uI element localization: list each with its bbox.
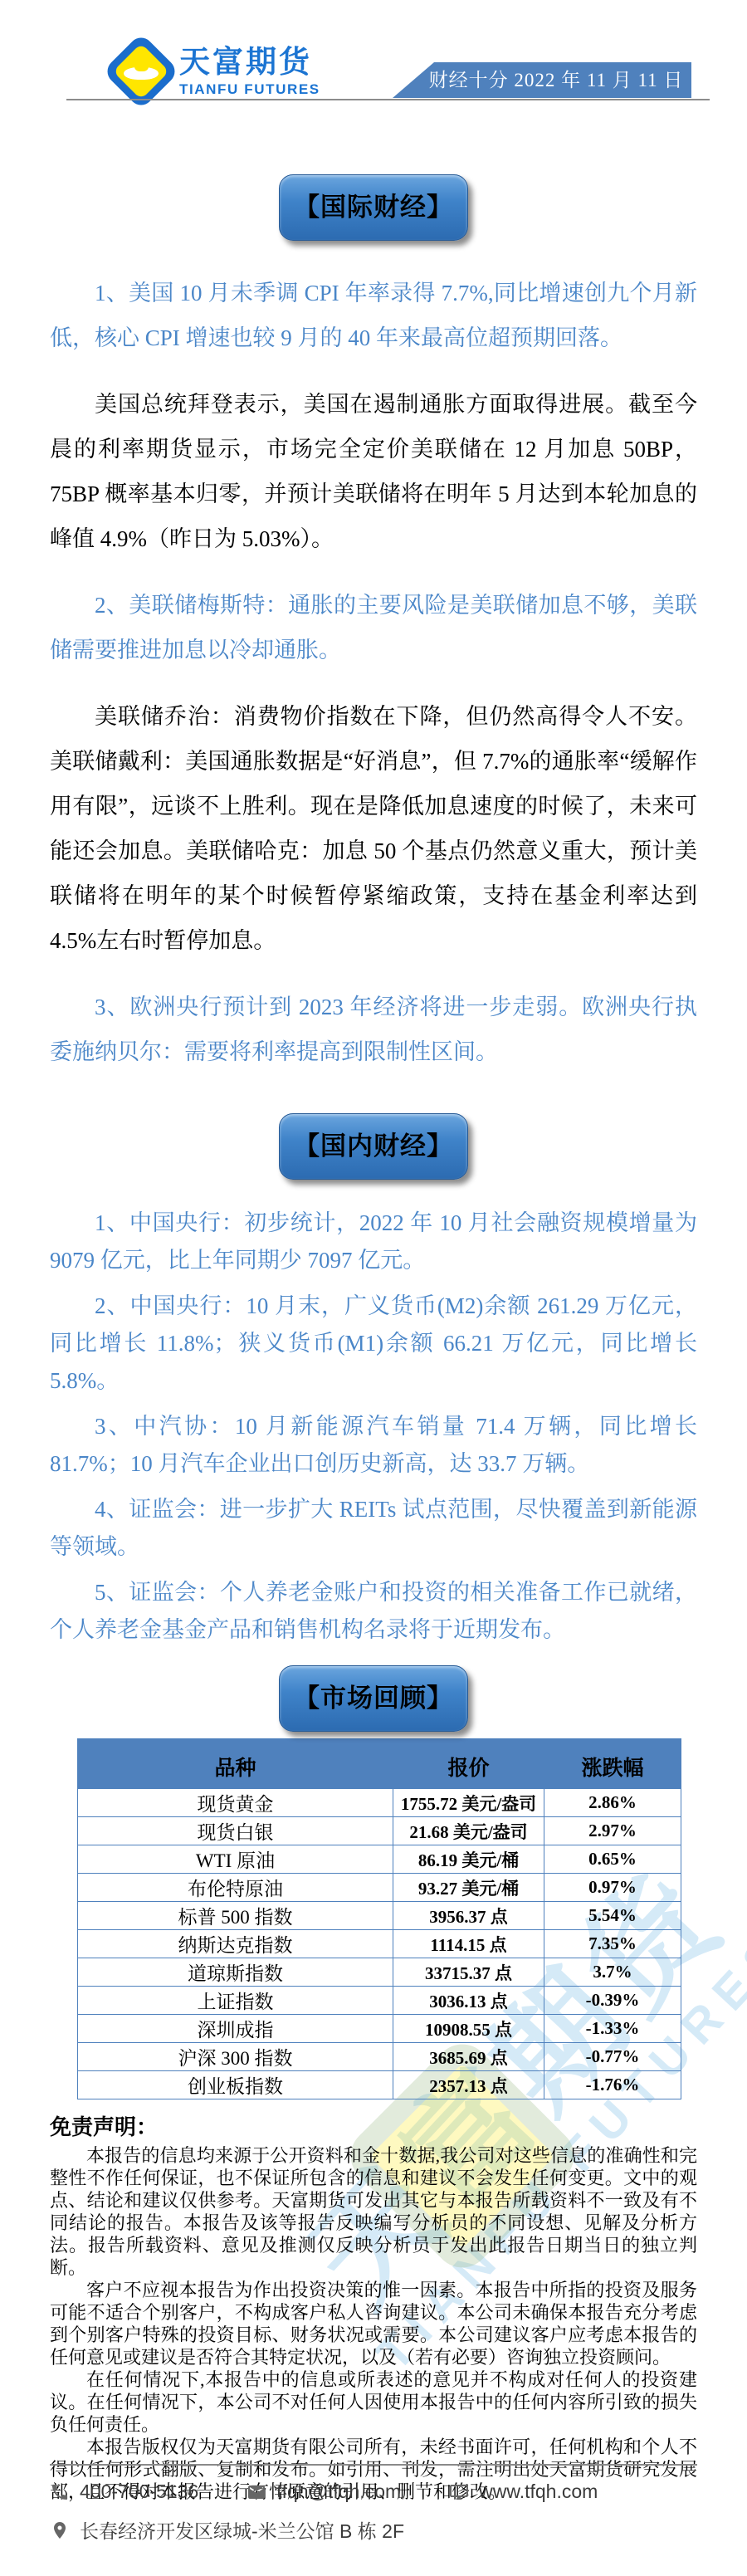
- price-cell: 3685.69 点: [393, 2043, 544, 2071]
- column-header-change: 涨跌幅: [544, 1739, 681, 1789]
- date-banner: 财经十分 2022 年 11 月 11 日星期五: [393, 62, 691, 98]
- disclaimer-section: 免责声明： 本报告的信息均来源于公开资料和金十数据,我公司对这些信息的准确性和完…: [50, 2114, 697, 2503]
- paragraph: 3、欧洲央行预计到 2023 年经济将进一步走弱。欧洲央行执委施纳贝尔：需要将利…: [50, 985, 697, 1074]
- logo-en-text: TIANFU FUTURES: [179, 81, 320, 98]
- phone-contact[interactable]: 400-700-5136: [50, 2481, 198, 2503]
- change-cell: 3.7%: [544, 1958, 681, 1987]
- paragraph: 2、美联储梅斯特：通胀的主要风险是美联储加息不够，美联储需要推进加息以冷却通胀。: [50, 583, 697, 672]
- disclaimer-paragraph: 客户不应视本报告为作出投资决策的惟一因素。本报告中所指的投资及服务可能不适合个别…: [50, 2279, 697, 2368]
- change-cell: -0.39%: [544, 1987, 681, 2015]
- company-logo-icon: [110, 40, 173, 103]
- disclaimer-title: 免责声明：: [50, 2114, 697, 2141]
- product-cell: 现货黄金: [78, 1789, 393, 1817]
- price-cell: 1755.72 美元/盎司: [393, 1789, 544, 1817]
- table-row: 沪深 300 指数3685.69 点-0.77%: [78, 2043, 681, 2071]
- product-cell: 沪深 300 指数: [78, 2043, 393, 2071]
- paragraph: 4、证监会：进一步扩大 REITs 试点范围，尽快覆盖到新能源等领域。: [50, 1491, 697, 1566]
- change-cell: -1.76%: [544, 2071, 681, 2099]
- price-cell: 3036.13 点: [393, 1987, 544, 2015]
- price-cell: 86.19 美元/桶: [393, 1845, 544, 1874]
- paragraph: 5、证监会：个人养老金账户和投资的相关准备工作已就绪，个人养老金基金产品和销售机…: [50, 1574, 697, 1649]
- price-cell: 21.68 美元/盎司: [393, 1817, 544, 1845]
- section-button-market-review[interactable]: 【市场回顾】: [279, 1665, 468, 1732]
- table-row: 布伦特原油93.27 美元/桶0.97%: [78, 1874, 681, 1902]
- price-cell: 93.27 美元/桶: [393, 1874, 544, 1902]
- column-header-price: 报价: [393, 1739, 544, 1789]
- table-row: 标普 500 指数3956.37 点5.54%: [78, 1902, 681, 1930]
- table-row: 现货白银21.68 美元/盎司2.97%: [78, 1817, 681, 1845]
- monitor-icon: [449, 2482, 469, 2502]
- section-button-domestic[interactable]: 【国内财经】: [279, 1113, 468, 1180]
- change-cell: 0.97%: [544, 1874, 681, 1902]
- column-header-product: 品种: [78, 1739, 393, 1789]
- price-cell: 3956.37 点: [393, 1902, 544, 1930]
- product-cell: WTI 原油: [78, 1845, 393, 1874]
- change-cell: 2.86%: [544, 1789, 681, 1817]
- email-address: tfqh@tfqh.com: [276, 2481, 401, 2503]
- product-cell: 道琼斯指数: [78, 1958, 393, 1987]
- section-domestic: 1、中国央行：初步统计，2022 年 10 月社会融资规模增量为 9079 亿元…: [50, 1205, 697, 1649]
- location-pin-icon: [50, 2520, 70, 2540]
- paragraph: 美国总统拜登表示，美国在遏制通胀方面取得进展。截至今晨的利率期货显示，市场完全定…: [50, 382, 697, 561]
- contact-footer: 400-700-5136 tfqh@tfqh.com www.tfqh.com …: [50, 2464, 697, 2544]
- change-cell: 2.97%: [544, 1817, 681, 1845]
- section-button-international[interactable]: 【国际财经】: [279, 174, 468, 241]
- price-cell: 33715.37 点: [393, 1958, 544, 1987]
- product-cell: 布伦特原油: [78, 1874, 393, 1902]
- price-cell: 2357.13 点: [393, 2071, 544, 2099]
- market-table: 品种 报价 涨跌幅 现货黄金1755.72 美元/盎司2.86% 现货白银21.…: [77, 1738, 681, 2099]
- table-row: 纳斯达克指数1114.15 点7.35%: [78, 1930, 681, 1958]
- change-cell: 7.35%: [544, 1930, 681, 1958]
- table-row: WTI 原油86.19 美元/桶0.65%: [78, 1845, 681, 1874]
- page-header: 天富期货 TIANFU FUTURES 财经十分 2022 年 11 月 11 …: [0, 0, 747, 101]
- logo-cn-text: 天富期货: [179, 46, 320, 80]
- phone-number: 400-700-5136: [80, 2481, 198, 2503]
- product-cell: 深圳成指: [78, 2015, 393, 2043]
- header-divider: [66, 99, 710, 100]
- disclaimer-paragraph: 本报告的信息均来源于公开资料和金十数据,我公司对这些信息的准确性和完整性不作任何…: [50, 2144, 697, 2279]
- product-cell: 纳斯达克指数: [78, 1930, 393, 1958]
- paragraph: 1、中国央行：初步统计，2022 年 10 月社会融资规模增量为 9079 亿元…: [50, 1205, 697, 1279]
- paragraph: 2、中国央行：10 月末，广义货币(M2)余额 261.29 万亿元，同比增长 …: [50, 1288, 697, 1400]
- table-header-row: 品种 报价 涨跌幅: [78, 1739, 681, 1789]
- product-cell: 现货白银: [78, 1817, 393, 1845]
- change-cell: -0.77%: [544, 2043, 681, 2071]
- product-cell: 上证指数: [78, 1987, 393, 2015]
- table-row: 上证指数3036.13 点-0.39%: [78, 1987, 681, 2015]
- email-contact[interactable]: tfqh@tfqh.com: [247, 2481, 401, 2503]
- phone-icon: [50, 2482, 70, 2502]
- price-cell: 10908.55 点: [393, 2015, 544, 2043]
- product-cell: 创业板指数: [78, 2071, 393, 2099]
- disclaimer-paragraph: 在任何情况下,本报告中的信息或所表述的意见并不构成对任何人的投资建议。在任何情况…: [50, 2368, 697, 2436]
- paragraph: 1、美国 10 月未季调 CPI 年率录得 7.7%,同比增速创九个月新低，核心…: [50, 271, 697, 360]
- website-contact[interactable]: www.tfqh.com: [449, 2481, 598, 2503]
- change-cell: 5.54%: [544, 1902, 681, 1930]
- table-row: 创业板指数2357.13 点-1.76%: [78, 2071, 681, 2099]
- address-text: 长春经济开发区绿城-米兰公馆 B 栋 2F: [80, 2516, 404, 2544]
- table-row: 现货黄金1755.72 美元/盎司2.86%: [78, 1789, 681, 1817]
- newsletter-page: 天富期货 TIANFU FUTURES 天富期货 TIANFU FUTURES …: [0, 0, 747, 2576]
- product-cell: 标普 500 指数: [78, 1902, 393, 1930]
- change-cell: -1.33%: [544, 2015, 681, 2043]
- change-cell: 0.65%: [544, 1845, 681, 1874]
- table-row: 深圳成指10908.55 点-1.33%: [78, 2015, 681, 2043]
- price-cell: 1114.15 点: [393, 1930, 544, 1958]
- company-logo: 天富期货 TIANFU FUTURES: [179, 46, 320, 98]
- section-international: 1、美国 10 月未季调 CPI 年率录得 7.7%,同比增速创九个月新低，核心…: [50, 271, 697, 1074]
- paragraph: 美联储乔治：消费物价指数在下降，但仍然高得令人不安。美联储戴利：美国通胀数据是“…: [50, 694, 697, 963]
- table-row: 道琼斯指数33715.37 点3.7%: [78, 1958, 681, 1987]
- address-item: 长春经济开发区绿城-米兰公馆 B 栋 2F: [50, 2516, 404, 2544]
- website-url: www.tfqh.com: [479, 2481, 598, 2503]
- document-body: 【国际财经】 1、美国 10 月未季调 CPI 年率录得 7.7%,同比增速创九…: [0, 174, 747, 2503]
- paragraph: 3、中汽协：10 月新能源汽车销量 71.4 万辆，同比增长 81.7%；10 …: [50, 1408, 697, 1483]
- envelope-icon: [247, 2482, 266, 2502]
